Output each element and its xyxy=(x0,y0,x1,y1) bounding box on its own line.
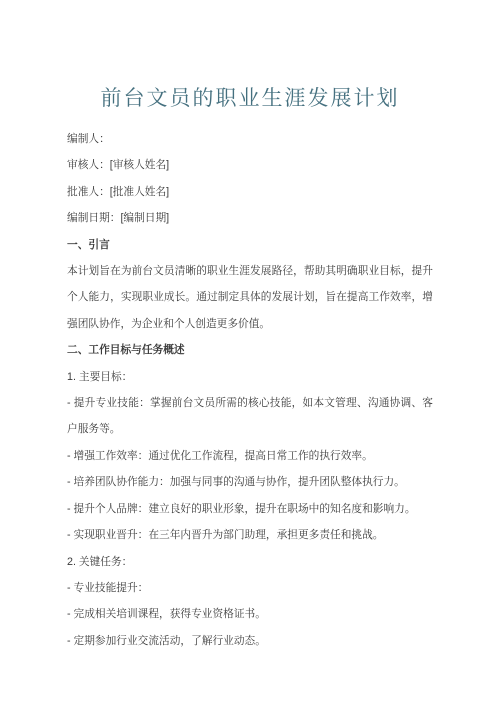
bullet-item-skill-upgrade: - 专业技能提升： xyxy=(67,575,433,601)
document-title: 前台文员的职业生涯发展计划 xyxy=(67,84,433,114)
bullet-item-training-courses: - 完成相关培训课程，获得专业资格证书。 xyxy=(67,601,433,627)
bullet-item-teamwork: - 培养团队协作能力：加强与同事的沟通与协作，提升团队整体执行力。 xyxy=(67,469,433,495)
list-label-main-goals: 1. 主要目标： xyxy=(67,364,433,390)
introduction-paragraph: 本计划旨在为前台文员清晰的职业生涯发展路径，帮助其明确职业目标，提升个人能力，实… xyxy=(67,258,433,337)
meta-date: 编制日期：[编制日期] xyxy=(67,205,433,231)
bullet-item-personal-brand: - 提升个人品牌：建立良好的职业形象，提升在职场中的知名度和影响力。 xyxy=(67,496,433,522)
bullet-item-promotion: - 实现职业晋升：在三年内晋升为部门助理，承担更多责任和挑战。 xyxy=(67,522,433,548)
section-heading-introduction: 一、引言 xyxy=(67,232,433,258)
document-page: 前台文员的职业生涯发展计划 编制人： 审核人：[审核人姓名] 批准人：[批准人姓… xyxy=(0,0,500,707)
bullet-item-improve-skills: - 提升专业技能：掌握前台文员所需的核心技能，如本文管理、沟通协调、客户服务等。 xyxy=(67,390,433,443)
meta-prepared-by: 编制人： xyxy=(67,126,433,152)
meta-reviewer: 审核人：[审核人姓名] xyxy=(67,152,433,178)
bullet-item-work-efficiency: - 增强工作效率：通过优化工作流程，提高日常工作的执行效率。 xyxy=(67,443,433,469)
meta-approver: 批准人：[批准人姓名] xyxy=(67,179,433,205)
section-heading-goals-overview: 二、工作目标与任务概述 xyxy=(67,337,433,363)
bullet-item-industry-events: - 定期参加行业交流活动，了解行业动态。 xyxy=(67,628,433,654)
list-label-key-tasks: 2. 关键任务： xyxy=(67,549,433,575)
